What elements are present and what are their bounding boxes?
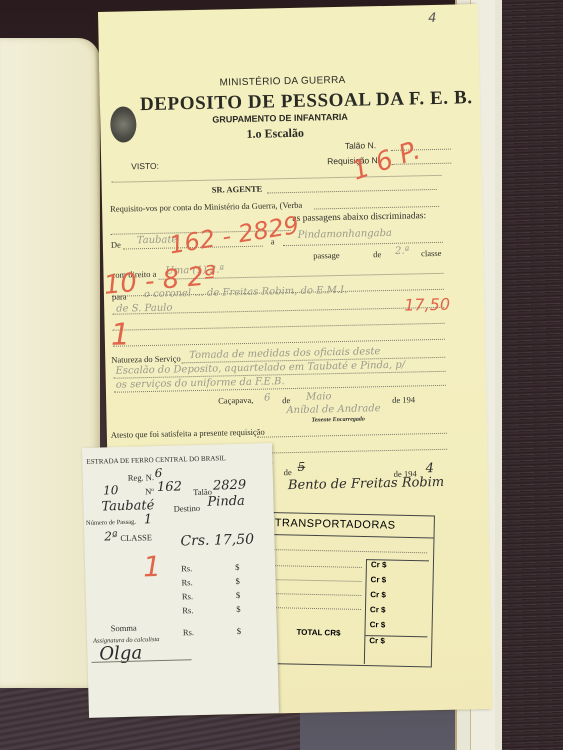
stub-reg-value: 6: [154, 466, 162, 480]
stub-company: ESTRADA DE FERRO CENTRAL DO BRASIL: [86, 454, 226, 466]
destination-value: Pindamonhangaba: [298, 228, 392, 241]
stub-destino-value: Pinda: [207, 494, 245, 510]
classe-label: classe: [421, 248, 442, 258]
transp-line: [271, 607, 361, 610]
cr-row: Cr $: [365, 620, 427, 636]
stub-no-value: 162: [157, 479, 182, 495]
visto-label: VISTO:: [131, 161, 159, 172]
visto-line: [112, 175, 442, 183]
em-year-value: 4: [425, 461, 434, 476]
transp-line: [272, 549, 427, 553]
city-month: Maio: [306, 391, 332, 403]
cr-total-row: Cr $: [365, 635, 427, 652]
classe-value: 2.ª: [395, 246, 410, 257]
officer-signature: Aníbal de Andrade: [286, 403, 380, 416]
de-classe-label: de: [373, 249, 381, 259]
cr-row: Cr $: [366, 605, 428, 621]
cr-column: Cr $ Cr $ Cr $ Cr $ Cr $ Cr $: [364, 559, 429, 665]
transp-line: [272, 565, 362, 568]
natureza-label: Natureza do Serviço: [111, 353, 181, 364]
stub-dollar: $: [236, 590, 241, 600]
red-number-annotation: 162 - 2829: [167, 211, 301, 260]
request-text: Requisito-vos por conta do Ministério da…: [110, 200, 302, 214]
transp-line: [272, 579, 362, 582]
em-month: 5: [297, 460, 305, 474]
atesto-text: Atesto que foi satisfeita a presente req…: [111, 427, 265, 440]
stub-rs-label: Rs.: [182, 591, 193, 601]
para-line-3: [113, 339, 445, 347]
transportadoras-title: TRANSPORTADORAS: [269, 513, 434, 538]
agent-label: SR. AGENTE: [212, 184, 263, 195]
red-amount-annotation: 17,50: [404, 295, 450, 315]
stub-red-one: 1: [143, 550, 162, 583]
coat-of-arms-icon: [110, 106, 137, 143]
cr-row: Cr $: [366, 575, 428, 591]
officer-title: Tenente Encarregado: [312, 417, 365, 424]
de-label: De: [111, 240, 121, 250]
stub-classe-value: 2ª: [104, 529, 118, 543]
atesto-field: [257, 433, 447, 438]
stub-soma-label: Somma: [111, 623, 137, 634]
cr-row: Cr $: [366, 590, 428, 606]
railway-ticket-stub: ESTRADA DE FERRO CENTRAL DO BRASIL Reg. …: [82, 443, 279, 718]
para-line-2: [113, 323, 445, 331]
signature: Bento de Freitas Robim: [288, 475, 445, 493]
city-day: 6: [264, 392, 271, 403]
transp-line: [271, 593, 361, 596]
total-label: TOTAL CR$: [296, 628, 340, 638]
cr-row: Cr $: [367, 560, 429, 576]
ministry-label: MINISTÉRIO DA GUERRA: [219, 75, 345, 89]
em-de-label: de: [284, 467, 292, 477]
stub-dollar: $: [235, 562, 240, 572]
stub-passag-value: 1: [144, 512, 153, 527]
stub-num-prefix: 10: [103, 483, 119, 497]
transportadoras-table: TRANSPORTADORAS TOTAL CR$ Cr $ Cr $ Cr $…: [265, 512, 435, 667]
stub-passag-label: Número de Passag.: [86, 519, 136, 527]
passage-label: passage: [313, 250, 340, 261]
agent-field: [267, 189, 437, 194]
passagens-text: as passagens abaixo discriminadas:: [292, 211, 426, 224]
stub-dollar: $: [237, 626, 242, 636]
stub-destino-label: Destino: [173, 503, 200, 514]
city-de-label: de: [282, 395, 290, 405]
stub-rs-label: Rs.: [183, 627, 194, 637]
stub-reg-label: Reg. N.: [128, 472, 154, 483]
echelon-label: 1.o Escalão: [246, 126, 304, 142]
verba-field: [314, 206, 439, 210]
stub-rs-label: Rs.: [181, 577, 192, 587]
form-subtitle: GRUPAMENTO DE INFANTARIA: [212, 112, 348, 125]
stub-classe-label: CLASSE: [120, 532, 152, 543]
stub-rs-label: Rs.: [182, 605, 193, 615]
stub-amount: Crs. 17,50: [180, 532, 254, 550]
destination-field: [283, 242, 443, 246]
stub-talao-value: 2829: [213, 478, 246, 494]
stub-rs-label: Rs.: [181, 563, 192, 573]
stub-dollar: $: [236, 604, 241, 614]
stub-dollar: $: [235, 576, 240, 586]
page-number: 4: [428, 11, 437, 26]
red-one-annotation: 1: [110, 317, 130, 352]
year-label: de 194: [392, 394, 415, 404]
stub-no-label: Nº: [145, 486, 154, 496]
city-label: Caçapava,: [218, 395, 253, 406]
